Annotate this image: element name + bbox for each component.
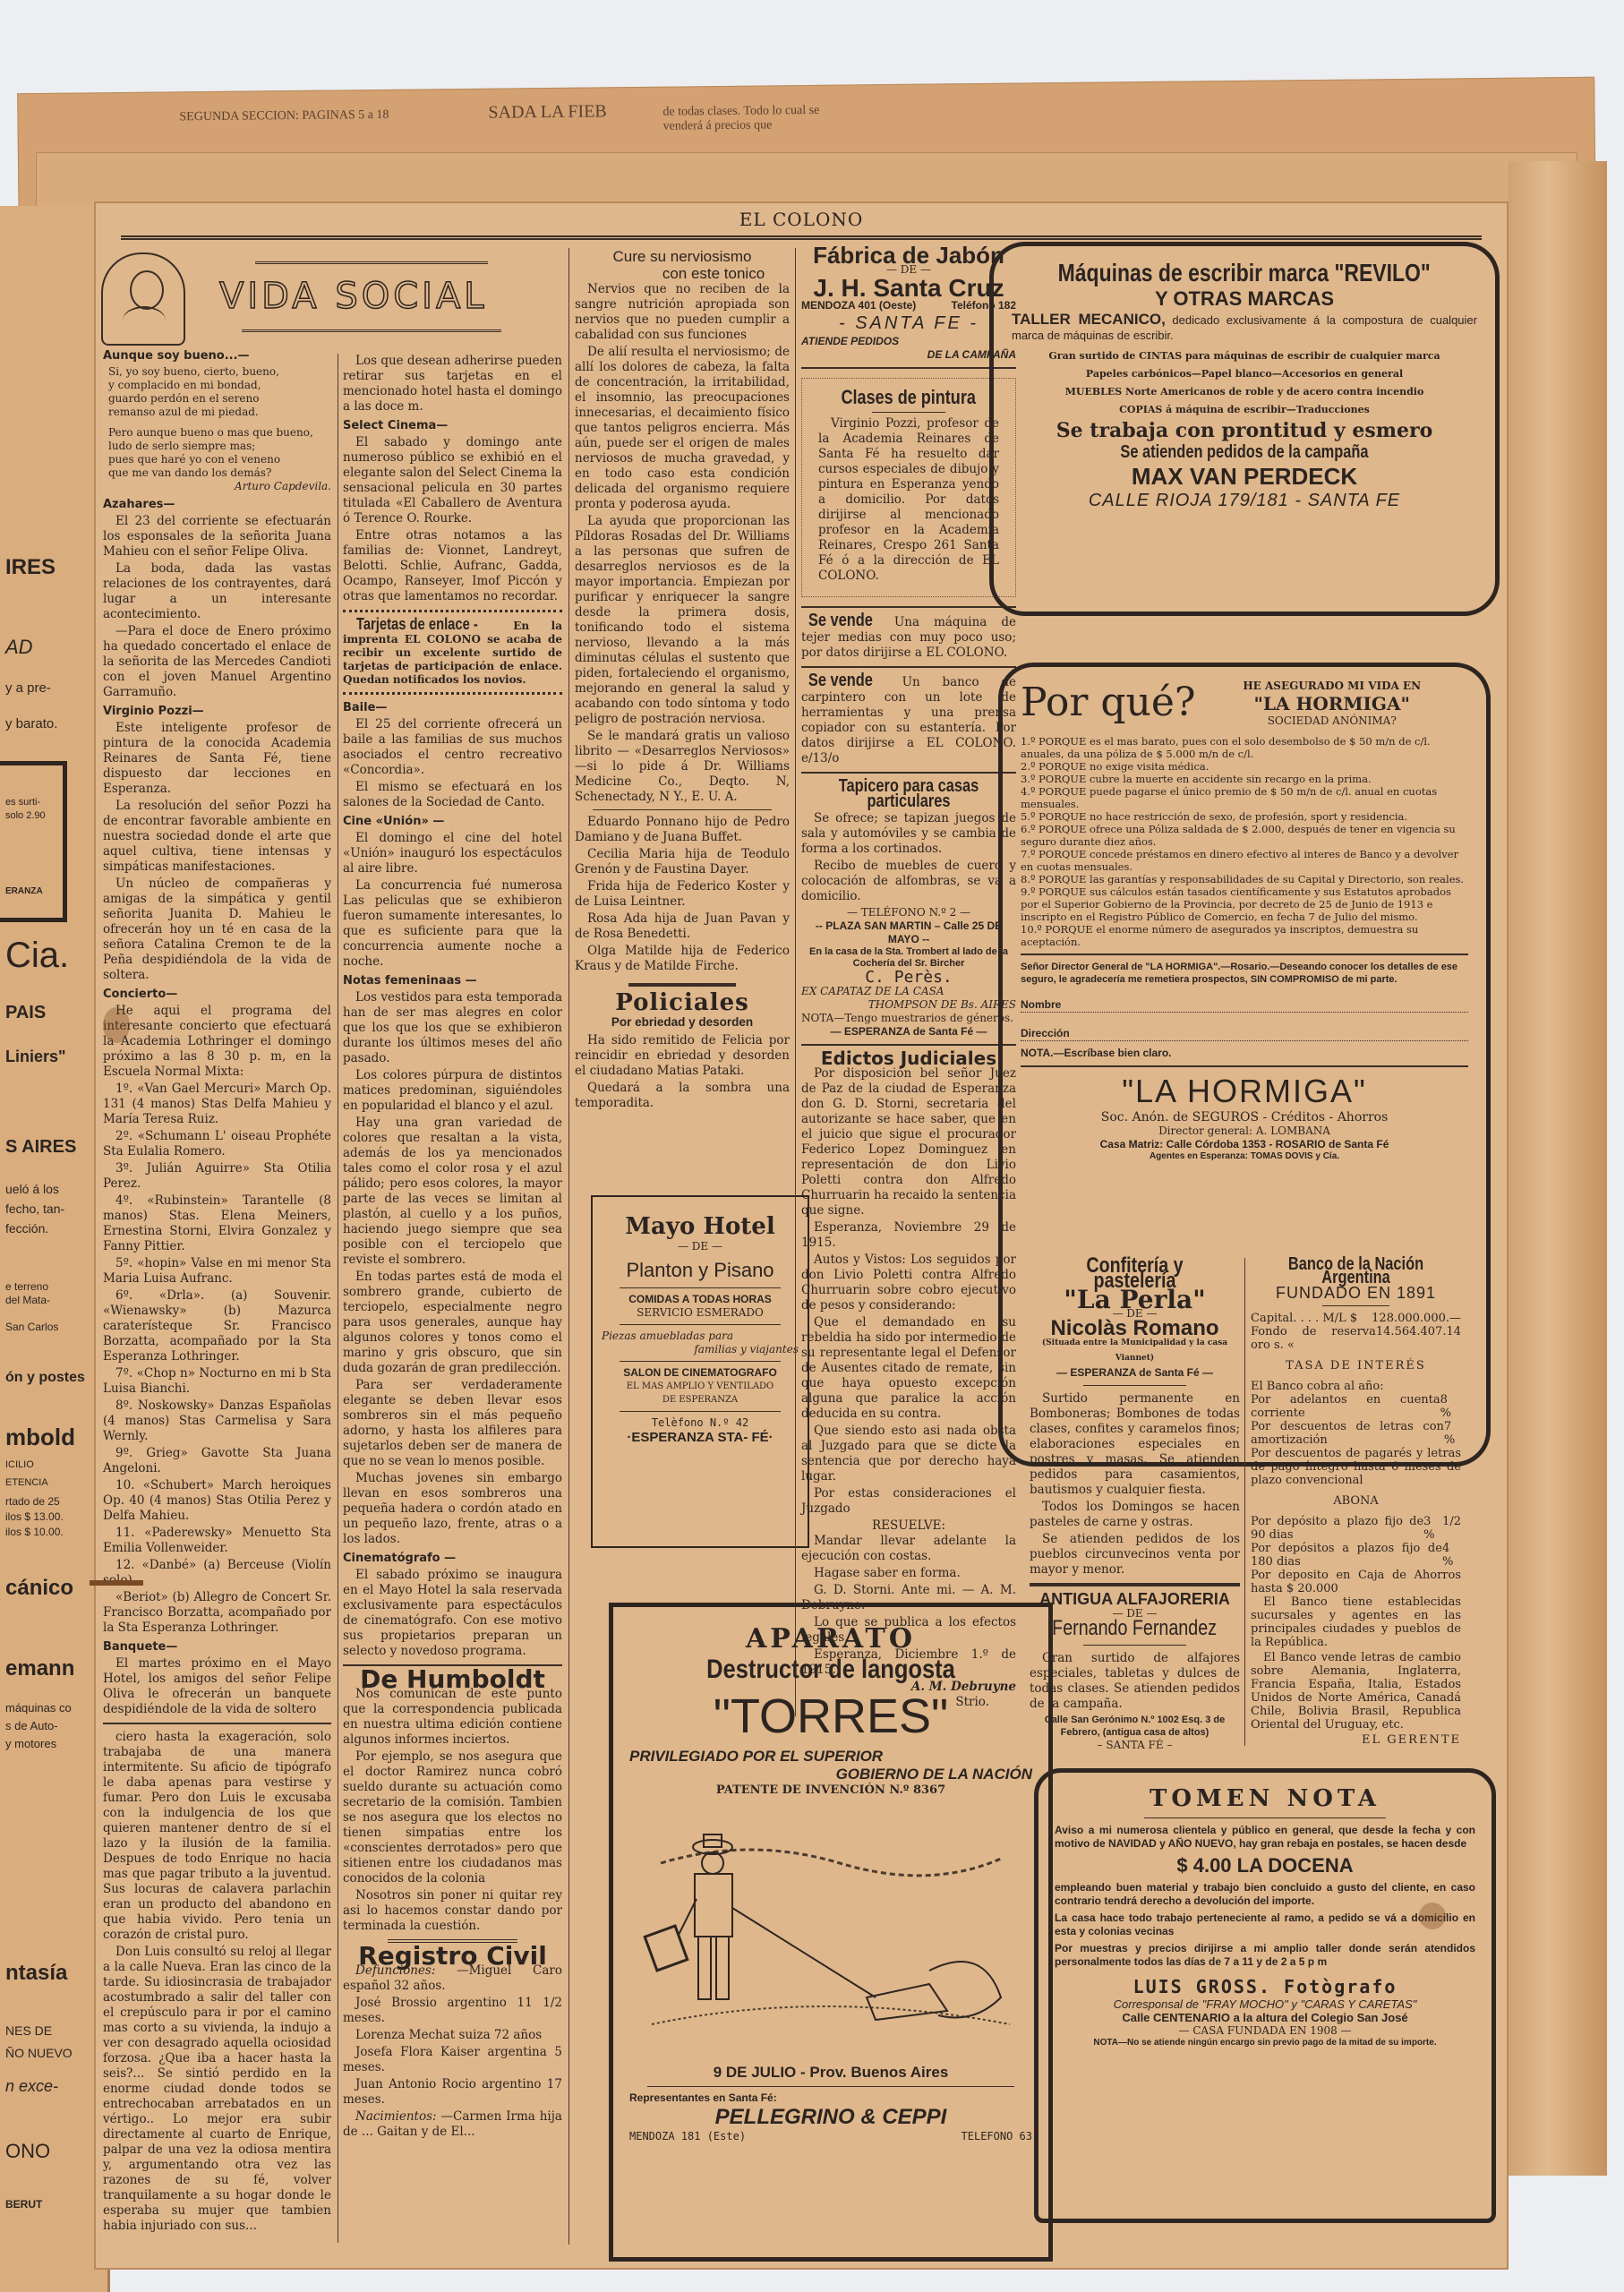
program-item: 8º. Noskowsky» Danzas Españolas (4 manos… [103, 1398, 331, 1444]
reason-item: 7.º PORQUE concede préstamos en dinero e… [1021, 848, 1468, 873]
paper-tear [90, 1580, 143, 1586]
rate-value: 4 % [1442, 1542, 1461, 1569]
reason-item: 5.º PORQUE no hace restricción de sexo, … [1021, 810, 1468, 823]
poem-line: que me van dando los demás? [108, 466, 331, 480]
program-item: 4º. «Rubinstein» Tarantelle (8 manos) St… [103, 1193, 331, 1254]
edictos-title: Edictos Judiciales [801, 1051, 1016, 1066]
azahares-heading: Azahares— [103, 497, 331, 512]
torres-company: PELLEGRINO & CEPPI [629, 2105, 1032, 2130]
hormiga-agentes: Agentes en Esperanza: TOMAS DOVIS y Cía. [1021, 1151, 1468, 1161]
registro-civil-title: Registro Civil [343, 1948, 562, 1963]
paragraph: Los colores púrpura de distintos matices… [343, 1068, 562, 1114]
paragraph: Se atienden pedidos de los pueblos circu… [1030, 1532, 1240, 1578]
alfajoreria-address: Calle San Gerónimo N.º 1002 Esq. 3 de Fe… [1030, 1714, 1240, 1739]
birth-notice: Cecilia Maria hija de Teodulo Grenón y d… [575, 847, 790, 877]
paragraph: Hay una gran variedad de colores que res… [343, 1116, 562, 1268]
humboldt-title: De Humboldt [343, 1672, 562, 1687]
divider [1083, 1645, 1186, 1646]
divider [1144, 1817, 1386, 1818]
divider [628, 983, 736, 987]
fragment-text: San Carlos [5, 1321, 58, 1333]
hormiga-brand-sub: Soc. Anón. de SEGUROS - Créditos - Ahorr… [1021, 1110, 1468, 1125]
tapicero-phone: — TELÉFONO N.º 2 — [801, 906, 1016, 919]
tapicero-city: — ESPERANZA de Santa Fé — [801, 1025, 1016, 1039]
program-item: 9º. Grieg» Gavotte Sta Juana Angeloni. [103, 1446, 331, 1476]
se-vende-label: Se vende [808, 673, 873, 688]
gross-price: $ 4.00 LA DOCENA [1055, 1854, 1475, 1877]
divider [620, 1324, 781, 1325]
paragraph: empleando buen material y trabajo bien c… [1055, 1881, 1475, 1908]
divider [801, 606, 1016, 608]
torres-patent: PATENTE DE INVENCIÓN N.º 8367 [629, 1783, 1032, 1797]
gross-address: Calle CENTENARIO a la altura del Colegio… [1055, 2011, 1475, 2024]
paragraph: Los vestidos para esta temporada han de … [343, 990, 562, 1066]
poem-line: pues que haré yo con el veneno [108, 453, 331, 466]
tomen-nota-title: TOMEN NOTA [1055, 1785, 1475, 1812]
column-3: Cure su nerviosismo con este tonico Nerv… [575, 248, 790, 1113]
fragment-text: ÑO NUEVO [5, 2046, 73, 2060]
paragraph: Aviso a mi numerosa clientela y público … [1055, 1824, 1475, 1851]
paragraph: La boda, dada las vastas relaciones de l… [103, 561, 331, 622]
background-page-label: SEGUNDA SECCION: PAGINAS 5 a 18 [179, 108, 389, 124]
coupon-nota: NOTA.—Escríbase bien claro. [1021, 1047, 1468, 1060]
torres-address: MENDOZA 181 (Este) [629, 2130, 746, 2143]
fragment-text: fecho, tan- [5, 1202, 64, 1216]
birth-notice: Eduardo Ponnano hijo de Pedro Damiano y … [575, 815, 790, 845]
revilo-line: Gran surtido de CINTAS para máquinas de … [1012, 347, 1477, 365]
fragment-text: n exce- [5, 2077, 58, 2096]
program-item: 5º. «hopin» Valse en mi menor Sta Maria … [103, 1256, 331, 1287]
paragraph: El mismo se efectuará en los salones de … [343, 780, 562, 810]
fragment-text: mbold [5, 1424, 75, 1451]
hormiga-brand: "LA HORMIGA" [1021, 1073, 1468, 1110]
fragment-text: rtado de 25 [5, 1495, 60, 1508]
tapicero-nota: NOTA—Tengo muestrarios de géneros. [801, 1012, 1016, 1025]
program-item: «Beriot» (b) Allegro de Concert Sr. Fran… [103, 1590, 331, 1636]
hormiga-head: "LA HORMIGA" [1195, 693, 1468, 714]
paragraph: Gran surtido de alfajores especiales, ta… [1030, 1651, 1240, 1712]
gross-founded: — CASA FUNDADA EN 1908 — [1055, 2024, 1475, 2038]
hotel-line: DE ESPERANZA [602, 1393, 799, 1407]
hotel-line: familias y viajantes [602, 1343, 799, 1356]
column-5a: Confitería y pastelería "La Perla" — DE … [1030, 1258, 1240, 1752]
divider [620, 1287, 781, 1288]
fragment-text: es surti- [5, 797, 40, 808]
fragment-text: S AIRES [5, 1137, 76, 1158]
banco-nacion-ad: Banco de la Nación Argentina FUNDADO EN … [1251, 1258, 1461, 1747]
fragment-text: ICILIO [5, 1459, 34, 1470]
tarjetas-notice: Tarjetas de enlace - En la imprenta EL C… [343, 618, 562, 687]
paragraph: El sabado próximo se inaugura en el Mayo… [343, 1568, 562, 1659]
fragment-text: PAIS [5, 1003, 46, 1023]
hotel-line: COMIDAS A TODAS HORAS [602, 1293, 799, 1306]
notas-femeninas-heading: Notas femeninaas — [343, 973, 562, 988]
rate-label: Por adelantos en cuenta corriente [1251, 1393, 1440, 1420]
paragraph: Nervios que no reciben de la sangre nutr… [575, 282, 790, 343]
divider [593, 809, 772, 810]
banco-founded: FUNDADO EN 1891 [1251, 1287, 1461, 1300]
paragraph: —Para el doce de Enero próximo ha quedad… [103, 624, 331, 700]
paragraph: Surtido permanente en Bomboneras; Bombon… [1030, 1391, 1240, 1498]
defunciones-label: Defunciones: [355, 1963, 435, 1978]
fragment-text: ONO [5, 2140, 50, 2163]
cine-union-heading: Cine «Unión» — [343, 814, 562, 829]
capital-value: 128.000.000.— [1372, 1312, 1461, 1325]
paragraph: Hagase saber en forma. [801, 1566, 1016, 1581]
paragraph: El sabado y domingo ante numeroso públic… [343, 435, 562, 526]
paper-stain [103, 1007, 130, 1043]
program-item: 1º. «Van Gael Mercuri» March Op. 131 (4 … [103, 1082, 331, 1127]
masthead-rule [121, 235, 1482, 240]
divider [1030, 1583, 1240, 1586]
paragraph: Todos los Domingos se hacen pasteles de … [1030, 1500, 1240, 1530]
vida-social-column-2: Los que desean adherirse pueden retirar … [343, 354, 562, 2142]
perla-title: Confitería y pastelería [1048, 1258, 1221, 1288]
fragment-text: solo 2.90 [5, 810, 46, 821]
divider [103, 1723, 331, 1724]
baile-heading: Baile— [343, 700, 562, 715]
gross-corresponsal: Corresponsal de "FRAY MOCHO" y "CARAS Y … [1055, 1997, 1475, 2011]
column-rule [795, 248, 796, 1716]
paragraph: Un núcleo de compañeras y amigas de la s… [103, 877, 331, 983]
paragraph: En todas partes está de moda el sombrero… [343, 1270, 562, 1376]
hotel-owners: Planton y Pisano [602, 1259, 799, 1282]
poem-line: guardo perdón en el sereno [108, 392, 331, 406]
masthead-title: EL COLONO [94, 209, 1509, 230]
divider [620, 1411, 781, 1412]
death-entry: Lorenza Mechat suiza 72 años [343, 2028, 562, 2043]
program-item: 10. «Schubert» March heroiques Op. 40 (4… [103, 1478, 331, 1524]
paragraph: La ayuda que proporcionan las Píldoras R… [575, 514, 790, 727]
paragraph: Este inteligente profesor de pintura de … [103, 721, 331, 797]
vida-social-column-1: Aunque soy bueno...— Si, yo soy bueno, c… [103, 345, 331, 2236]
rate-value: 8 % [1440, 1393, 1461, 1420]
paragraph: El Banco vende letras de cambio sobre Al… [1251, 1651, 1461, 1732]
revilo-owner: MAX VAN PERDECK [1012, 463, 1477, 491]
divider [801, 666, 1016, 668]
background-page-label: SADA LA FIEB [488, 101, 606, 123]
serial-story-paragraph: ciero hasta la exageración, solo trabaja… [103, 1730, 331, 1943]
paragraph: Ha sido remitido de Felicia por reincidi… [575, 1033, 790, 1079]
column-rule [338, 354, 338, 2243]
perla-city: — ESPERANZA de Santa Fé — [1030, 1366, 1240, 1380]
capital-label: Capital. . . . M/L $ [1251, 1312, 1357, 1325]
reason-item: 2.º PORQUE no exige visita médica. [1021, 760, 1468, 773]
divider [872, 412, 945, 413]
rate-label: Por depósito a plazo fijo de 90 dias [1251, 1515, 1423, 1542]
paragraph: Entre otras notamos a las familias de: V… [343, 528, 562, 604]
jabon-ad: Fábrica de Jabón — DE — J. H. Santa Cruz… [801, 248, 1016, 362]
paragraph: El 23 del corriente se efectuarán los es… [103, 514, 331, 560]
reason-item: 10.º PORQUE el enorme número de asegurad… [1021, 923, 1468, 948]
divider [801, 772, 1016, 774]
perla-location: (Situada entre la Municipalidad y la cas… [1030, 1336, 1240, 1366]
reason-item: 4.º PORQUE puede pagarse el único premio… [1021, 785, 1468, 810]
ornament-divider [343, 692, 562, 695]
perla-name: "La Perla" [1030, 1292, 1240, 1307]
paragraph: Autos y Vistos: Los seguidos por don Liv… [801, 1253, 1016, 1313]
coupon-text: Señor Director General de "LA HORMIGA".—… [1021, 961, 1468, 986]
poem-line: ludo de serlo siempre mas; [108, 440, 331, 453]
fragment-text: y a pre- [5, 680, 51, 696]
poem-author: Arturo Capdevila. [108, 480, 331, 493]
paragraph: Nos comunican de este punto que la corre… [343, 1687, 562, 1748]
hotel-name: Mayo Hotel [602, 1213, 799, 1240]
torres-line2: Destructor de langosta [660, 1655, 1003, 1685]
paragraph: Mandar llevar adelante la ejecución con … [801, 1534, 1016, 1564]
revilo-address: CALLE RIOJA 179/181 - SANTA FE [1012, 491, 1477, 511]
page-stack-edge [1509, 161, 1607, 2176]
tapicero-ad: Tapicero para casas particulares Se ofre… [801, 779, 1016, 1039]
paper-stain [1419, 1903, 1446, 1929]
reason-item: 8.º PORQUE las garantías y responsabilid… [1021, 873, 1468, 885]
paragraph: De alií resulta el nerviosismo; de allí … [575, 345, 790, 512]
reason-item: 1.º PORQUE es el mas barato, pues con el… [1021, 735, 1468, 760]
fragment-text: ilos $ 13.00. [5, 1510, 64, 1523]
nacimientos-label: Nacimientos: [355, 2109, 437, 2124]
divider [801, 1044, 1016, 1046]
death-entry: José Brossio argentino 11 1/2 meses. [343, 1996, 562, 2026]
rate-label: Por depósitos a plazos fijo de 180 dias [1251, 1542, 1442, 1569]
por-que-heading: Por qué? [1021, 680, 1195, 725]
poem-line: y complacido en mi bondad, [108, 379, 331, 392]
paragraph: Por estas consideraciones el Juzgado [801, 1486, 1016, 1517]
reason-item: 9.º PORQUE sus cálculos están tasados ci… [1021, 885, 1468, 923]
paragraph: El Banco tiene establecidas sucursales y… [1251, 1595, 1461, 1649]
birth-notice: Frida hija de Federico Koster y de Luisa… [575, 879, 790, 910]
hormiga-head: HE ASEGURADO MI VIDA EN [1195, 680, 1468, 693]
paragraph: Por muestras y precios dirijirse a mi am… [1055, 1942, 1475, 1969]
paragraph: La resolución del señor Pozzi ha de enco… [103, 799, 331, 875]
background-page-label: de todas clases. Todo lo cual se venderá… [662, 103, 850, 133]
tasa-title: TASA DE INTERÉS [1251, 1359, 1461, 1373]
paragraph: Nosotros sin poner ni quitar rey asi lo … [343, 1888, 562, 1934]
column-rule [1244, 1258, 1245, 1746]
hotel-phone: Telèfono N.º 42 [602, 1416, 799, 1430]
select-cinema-heading: Select Cinema— [343, 418, 562, 433]
torres-origin: 9 DE JULIO - Prov. Buenos Aires [629, 2064, 1032, 2082]
pintura-title: Clases de pintura [842, 389, 976, 405]
paragraph: Recibo de muebles de cuero y colocación … [801, 859, 1016, 904]
paragraph: La casa hace todo trabajo perteneciente … [1055, 1911, 1475, 1938]
fragment-text: BERUT [5, 2198, 42, 2211]
column-rule [568, 248, 569, 2245]
paragraph: He aqui el programa del interesante conc… [103, 1004, 331, 1080]
hotel-city: ·ESPERANZA STA- FÉ· [602, 1430, 799, 1445]
hotel-line: Piezas amuebladas para [602, 1330, 799, 1343]
revilo-campana: Se atienden pedidos de la campaña [1120, 442, 1368, 463]
revilo-slogan: Se trabaja con prontitud y esmero [1012, 419, 1477, 442]
fragment-text: ueló á los [5, 1182, 59, 1196]
revilo-line: Papeles carbónicos—Papel blanco—Accesori… [1012, 365, 1477, 383]
poem-heading: Aunque soy bueno...— [103, 348, 331, 363]
program-item: 11. «Paderewsky» Menuetto Sta Emilia Vol… [103, 1526, 331, 1556]
fragment-text: máquinas co [5, 1701, 72, 1715]
program-item: 3º. Julián Aguirre» Sta Otilia Perez. [103, 1161, 331, 1192]
banco-title: Banco de la Nación Argentina [1269, 1258, 1442, 1285]
paragraph: Que siendo esto asi nada obsta al Juzgad… [801, 1424, 1016, 1484]
rate-label: Por descuentos de pagarés y letras de pa… [1251, 1447, 1461, 1487]
policiales-subtitle: Por ebriedad y desorden [575, 1014, 790, 1030]
locust-destroyer-illustration [629, 1809, 1032, 2051]
banquete-heading: Banquete— [103, 1639, 331, 1655]
torres-privilege: GOBIERNO DE LA NACIÓN [629, 1766, 1032, 1783]
fragment-text: ETENCIA [5, 1477, 48, 1488]
newspaper-page: EL COLONO VIDA SOCIAL Aunque soy bueno..… [94, 201, 1509, 2270]
torres-line1: APARATO [629, 1623, 1032, 1655]
rate-label: Por deposito en Caja de Ahorros hasta $ … [1251, 1569, 1461, 1595]
paragraph: Que el demandado en su rebeldia ha sido … [801, 1315, 1016, 1422]
fragment-text: y barato. [5, 716, 57, 731]
jabon-line: DE LA CAMPAÑA [801, 348, 1016, 362]
poem-line: Si, yo soy bueno, cierto, bueno, [108, 365, 331, 379]
revilo-subtitle: Y OTRAS MARCAS [1012, 287, 1477, 311]
paragraph: Esperanza, Noviembre 29 de 1915. [801, 1220, 1016, 1251]
paragraph: El martes próximo en el Mayo Hotel, los … [103, 1656, 331, 1717]
policiales-title: Policiales [575, 996, 790, 1011]
fragment-text: cánico [5, 1576, 73, 1601]
fragment-text: emann [5, 1656, 74, 1681]
fragment-text: ntasía [5, 1961, 67, 1986]
torres-phone: TELEFONO 63 [962, 2130, 1032, 2143]
poem-line: remanso azul de mi piedad. [108, 406, 331, 419]
paragraph: Los que desean adherirse pueden retirar … [343, 354, 562, 415]
tapicero-title: Tapicero para casas particulares [821, 779, 997, 809]
reserva-label: Fondo de reserva oro s. « [1251, 1325, 1376, 1352]
revilo-taller: TALLER MECANICO, [1012, 311, 1166, 328]
hotel-line: SERVICIO ESMERADO [602, 1306, 799, 1320]
paragraph: Por ejemplo, se nos asegura que el docto… [343, 1749, 562, 1886]
paragraph: Muchas jovenes sin embargo llevan en eso… [343, 1471, 562, 1547]
cobra-label: El Banco cobra al año: [1251, 1380, 1461, 1393]
paragraph: Quedará a la sombra una temporadita. [575, 1081, 790, 1111]
revilo-line: MUEBLES Norte Americanos de roble y de a… [1012, 383, 1477, 401]
vida-social-header: VIDA SOCIAL [94, 251, 551, 345]
paragraph: La concurrencia fué numerosa Las pelicul… [343, 878, 562, 970]
nerviosismo-title: Cure su nerviosismo con este tonico [575, 248, 790, 282]
alfajoreria-city: – SANTA FÉ – [1030, 1739, 1240, 1752]
divider [1322, 1305, 1389, 1306]
program-item: 2º. «Schumann L' oiseau Prophéte Sta Eul… [103, 1129, 331, 1159]
reason-item: 3.º PORQUE cubre la muerte en accidente … [1021, 773, 1468, 785]
jabon-city: - SANTA FE - [801, 316, 1016, 331]
tapicero-address: -- PLAZA SAN MARTIN – Calle 25 DE MAYO -… [801, 919, 1016, 946]
fragment-text: Cia. [5, 936, 69, 976]
fragment-text: Liniers" [5, 1048, 66, 1066]
death-entry: Josefa Flora Kaiser argentina 5 meses. [343, 2045, 562, 2075]
abona-title: ABONA [1251, 1494, 1461, 1508]
torres-reps: Representantes en Santa Fé: [629, 2091, 1032, 2105]
resuelve-label: RESUELVE: [801, 1518, 1016, 1534]
jabon-title: Fábrica de Jabón [801, 248, 1016, 263]
hotel-line: EL MAS AMPLIO Y VENTILADO [602, 1380, 799, 1393]
mayo-hotel-ad: Mayo Hotel — DE — Planton y Pisano COMID… [591, 1195, 809, 1548]
se-vende-label: Se vende [808, 613, 873, 629]
section-title: VIDA SOCIAL [219, 276, 488, 317]
paragraph: Se ofrece; se tapizan juegos de sala y a… [801, 811, 1016, 857]
divider [1021, 1065, 1468, 1067]
pozzi-heading: Virginio Pozzi— [103, 704, 331, 719]
hormiga-casa-matriz: Casa Matriz: Calle Córdoba 1353 - ROSARI… [1021, 1138, 1468, 1151]
torres-ad: APARATO Destructor de langosta "TORRES" … [609, 1603, 1053, 2262]
alfajoreria-title: ANTIGUA ALFAJORERIA [1030, 1592, 1240, 1607]
alfajoreria-owner: Fernando Fernandez [1053, 1621, 1218, 1636]
revilo-line: COPIAS á máquina de escribir—Traduccione… [1012, 401, 1477, 419]
revilo-ad: Máquinas de escribir marca "REVILO" Y OT… [989, 242, 1500, 616]
hormiga-director: Director general: A. LOMBANA [1021, 1125, 1468, 1138]
fragment-text: IRES [5, 555, 56, 580]
pintura-body: Virginio Pozzi, profesor de la Academia … [818, 416, 999, 584]
torres-name: "TORRES" [629, 1689, 1032, 1744]
birth-notice: Olga Matilde hija de Federico Kraus y de… [575, 944, 790, 974]
hormiga-head: SOCIEDAD ANÓNIMA? [1195, 714, 1468, 728]
reason-item: 6.º PORQUE ofrece una Póliza saldada de … [1021, 823, 1468, 848]
paragraph: Se le mandará gratis un valioso librito … [575, 729, 790, 805]
paragraph: El 25 del corriente ofrecerá un baile a … [343, 717, 562, 778]
title-line: con este tonico [575, 265, 790, 282]
hotel-line: SALON DE CINEMATOGRAFO [602, 1366, 799, 1380]
gross-name: LUIS GROSS. Fotògrafo [1055, 1976, 1475, 1997]
poem: Si, yo soy bueno, cierto, bueno, y compl… [103, 365, 331, 493]
column-4: Fábrica de Jabón — DE — J. H. Santa Cruz… [801, 248, 1016, 1710]
nombre-field-label: Nombre [1021, 998, 1468, 1013]
revilo-lines: Gran surtido de CINTAS para máquinas de … [1012, 347, 1477, 419]
jabon-address: MENDOZA 401 (Oeste) [801, 299, 916, 312]
death-entry: Juan Antonio Rocio argentino 17 meses. [343, 2077, 562, 2108]
rate-value: 3 1/2 % [1423, 1515, 1461, 1542]
tapicero-ex: EX CAPATAZ DE LA CASA [801, 985, 1016, 998]
ornament-divider [343, 610, 562, 612]
banco-signature: EL GERENTE [1251, 1733, 1461, 1747]
rate-value: 7 % [1444, 1420, 1461, 1447]
fragment-text: ERANZA [5, 886, 43, 896]
divider [1083, 1385, 1186, 1386]
jabon-owner: J. H. Santa Cruz [801, 280, 1016, 295]
direccion-field-label: Dirección [1021, 1027, 1468, 1041]
gross-nota: NOTA—No se atiende ningún encargo sin pr… [1055, 2038, 1475, 2048]
fragment-text: e terreno [5, 1280, 48, 1293]
rate-label: Por descuentos de letras con amortizació… [1251, 1420, 1444, 1447]
divider [1021, 954, 1468, 955]
fragment-text: fección. [5, 1221, 48, 1236]
jabon-line: ATIENDE PEDIDOS [801, 335, 1016, 348]
fragment-text: y motores [5, 1737, 56, 1750]
divider [801, 367, 1016, 369]
reserva-value: 14.564.407.14 [1376, 1325, 1461, 1352]
paragraph: El domingo el cine del hotel «Unión» ina… [343, 831, 562, 877]
paragraph: Para ser verdaderamente elegante se debe… [343, 1378, 562, 1469]
title-line: Cure su nerviosismo [575, 248, 790, 265]
fragment-text: ilos $ 10.00. [5, 1526, 64, 1538]
torres-privilege: PRIVILEGIADO POR EL SUPERIOR [629, 1748, 1032, 1766]
concierto-heading: Concierto— [103, 987, 331, 1002]
tarjetas-heading: Tarjetas de enlace - [356, 618, 478, 631]
divider [647, 2086, 1014, 2087]
pintura-ad: Clases de pintura Virginio Pozzi, profes… [801, 378, 1016, 597]
divider [620, 1361, 781, 1362]
birth-notice: Rosa Ada hija de Juan Pavan y de Rosa Be… [575, 911, 790, 942]
tapicero-name: C. Perès. [801, 970, 1016, 985]
tapicero-location: En la casa de la Sta. Trombert al lado d… [801, 946, 1016, 970]
program-item: 6º. «Drla». (a) Souvenir. «Wienawsky» (b… [103, 1288, 331, 1364]
fragment-text: del Mata- [5, 1294, 50, 1306]
fragment-text: NES DE [5, 2023, 52, 2038]
poem-line: Pero aunque bueno o mas que bueno, [108, 426, 331, 440]
fragment-text: ón y postes [5, 1370, 85, 1386]
cinematografo-heading: Cinematógrafo — [343, 1551, 562, 1566]
farmer-illustration-icon [643, 1809, 1019, 2051]
serial-story-paragraph: Don Luis consultó su reloj al llegar a l… [103, 1945, 331, 2234]
